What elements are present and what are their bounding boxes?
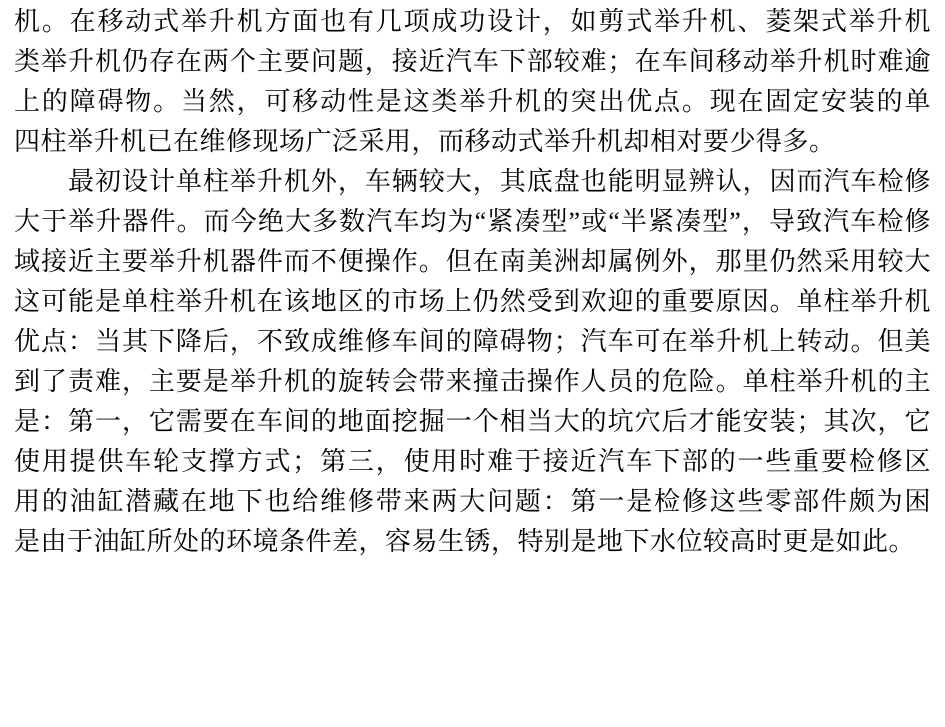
text-line: 使用提供车轮支撑方式；第三，使用时难于接近汽车下部的一些重要检修区域。举升	[14, 442, 931, 482]
text-line: 用的油缸潜藏在地下也给维修带来两大问题：第一是检修这些零部件颇为困难；其次	[14, 482, 931, 522]
text-line: 类举升机仍存在两个主要问题，接近汽车下部较难；在车间移动举升机时难逾越地面	[14, 42, 931, 82]
text-line: 最初设计单柱举升机外，车辆较大，其底盘也能明显辨认，因而汽车检修区远远	[14, 162, 931, 202]
text-line: 大于举升器件。而今绝大多数汽车均为“紧凑型”或“半紧凑型”，导致汽车检修区	[14, 202, 931, 242]
text-line: 这可能是单柱举升机在该地区的市场上仍然受到欢迎的重要原因。单柱举升机有两大	[14, 282, 931, 322]
text-line: 域接近主要举升机器件而不便操作。但在南美洲却属例外，那里仍然采用较大的车辆，	[14, 242, 931, 282]
text-line: 上的障碍物。当然，可移动性是这类举升机的突出优点。现在固定安装的单柱、双柱、	[14, 82, 931, 122]
document-text: 机。在移动式举升机方面也有几项成功设计，如剪式举升机、菱架式举升机等。但这类举升…	[14, 2, 931, 562]
text-line: 优点：当其下降后，不致成维修车间的障碍物；汽车可在举升机上转动。但美国却受	[14, 322, 931, 362]
text-line: 到了责难，主要是举升机的旋转会带来撞击操作人员的危险。单柱举升机的主要缺点	[14, 362, 931, 402]
text-line: 是：第一，它需要在车间的地面挖掘一个相当大的坑穴后才能安装；其次，它只能为	[14, 402, 931, 442]
text-line: 是由于油缸所处的环境条件差，容易生锈，特别是地下水位较高时更是如此。	[14, 522, 931, 562]
text-line: 机。在移动式举升机方面也有几项成功设计，如剪式举升机、菱架式举升机等。但这	[14, 2, 931, 42]
text-line: 四柱举升机已在维修现场广泛采用，而移动式举升机却相对要少得多。	[14, 122, 931, 162]
document-page: 机。在移动式举升机方面也有几项成功设计，如剪式举升机、菱架式举升机等。但这类举升…	[0, 0, 945, 727]
